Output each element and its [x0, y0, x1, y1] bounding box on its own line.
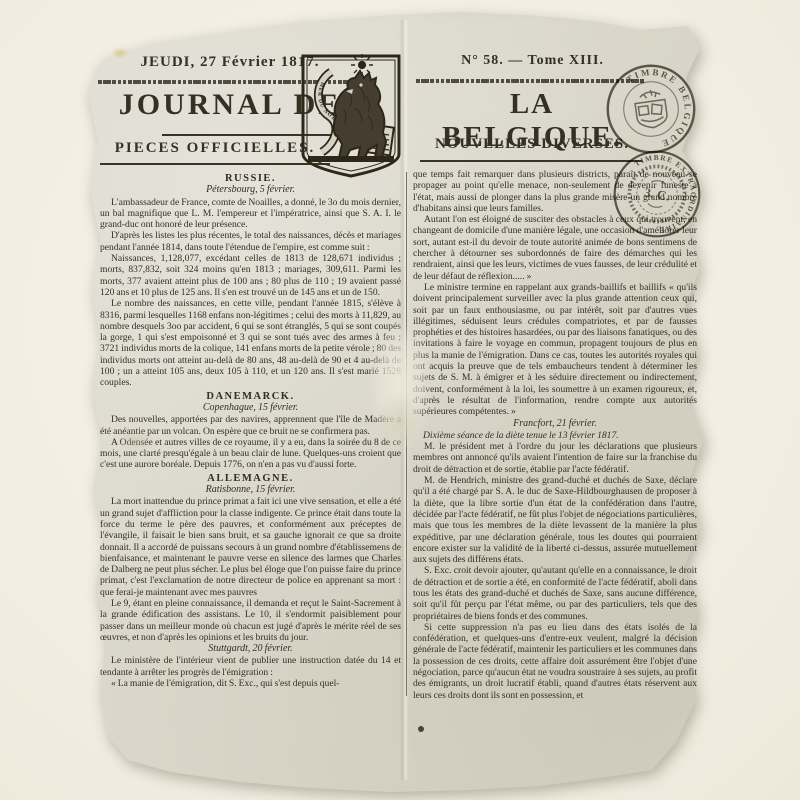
article-para: Naissances, 1,128,077, excédant celles d…: [100, 253, 401, 298]
article-para: L'ambassadeur de France, comte de Noaill…: [100, 197, 401, 231]
left-column: RUSSIE.Pétersbourg, 5 février.L'ambassad…: [100, 171, 401, 689]
article-dateline: Stuttgardt, 20 février.: [100, 643, 401, 654]
article-dateline: Ratisbonne, 15 février.: [100, 484, 401, 495]
timbre-extraordinaire-stamp: TIMBRE EXTRAORDINAIRE 3. C.: [604, 141, 711, 248]
article-para: D'après les listes les plus récentes, le…: [100, 230, 401, 253]
coat-of-arms-icon: [633, 88, 668, 129]
article-para: Le ministre termine en rappelant aux gra…: [413, 282, 697, 418]
article-para: A Odensée et autres villes de ce royaume…: [100, 437, 401, 471]
paper-fold-crease: [399, 20, 409, 780]
stamp-value-text: 3. C.: [643, 185, 670, 203]
right-column: que temps fait remarquer dans plusieurs …: [413, 169, 697, 701]
article-para: M. de Hendrich, ministre des grand-duché…: [413, 475, 697, 565]
article-dateline: Copenhague, 15 février.: [100, 402, 401, 413]
newspaper-page: JEUDI, 27 Février 1817. N° 58. — Tome XI…: [0, 0, 800, 800]
article-para: La mort inattendue du prince primat a fa…: [100, 496, 401, 598]
article-para: M. le président met à l'ordre du jour le…: [413, 441, 697, 475]
article-para: Le ministère de l'intérieur vient de pub…: [100, 655, 401, 678]
article-para: Des nouvelles, apportées par des navires…: [100, 414, 401, 437]
article-section: ALLEMAGNE.: [100, 473, 401, 484]
divider-rule: [100, 163, 330, 165]
photo-backdrop: JEUDI, 27 Février 1817. N° 58. — Tome XI…: [0, 0, 800, 800]
article-para: Si cette suppression n'a pas eu lieu dan…: [413, 622, 697, 701]
article-dateline: Francfort, 21 février.: [413, 418, 697, 429]
article-dateline: Pétersbourg, 5 février.: [100, 184, 401, 195]
article-section: RUSSIE.: [100, 173, 401, 184]
lion-icon: [334, 71, 386, 158]
article-para: Le 9, étant en pleine connaissance, il d…: [100, 598, 401, 643]
article-para: S. Exc. croit devoir ajouter, qu'autant …: [413, 565, 697, 621]
article-session-title: Dixième séance de la diète tenue le 13 f…: [413, 430, 697, 441]
article-para: « La manie de l'émigration, dit S. Exc.,…: [100, 678, 401, 689]
article-section: DANEMARCK.: [100, 391, 401, 402]
divider-rule: [420, 160, 642, 162]
article-para: Le nombre des naissances, en cette ville…: [100, 298, 401, 388]
belgian-lion-emblem: MER DU NORD: [298, 52, 404, 180]
